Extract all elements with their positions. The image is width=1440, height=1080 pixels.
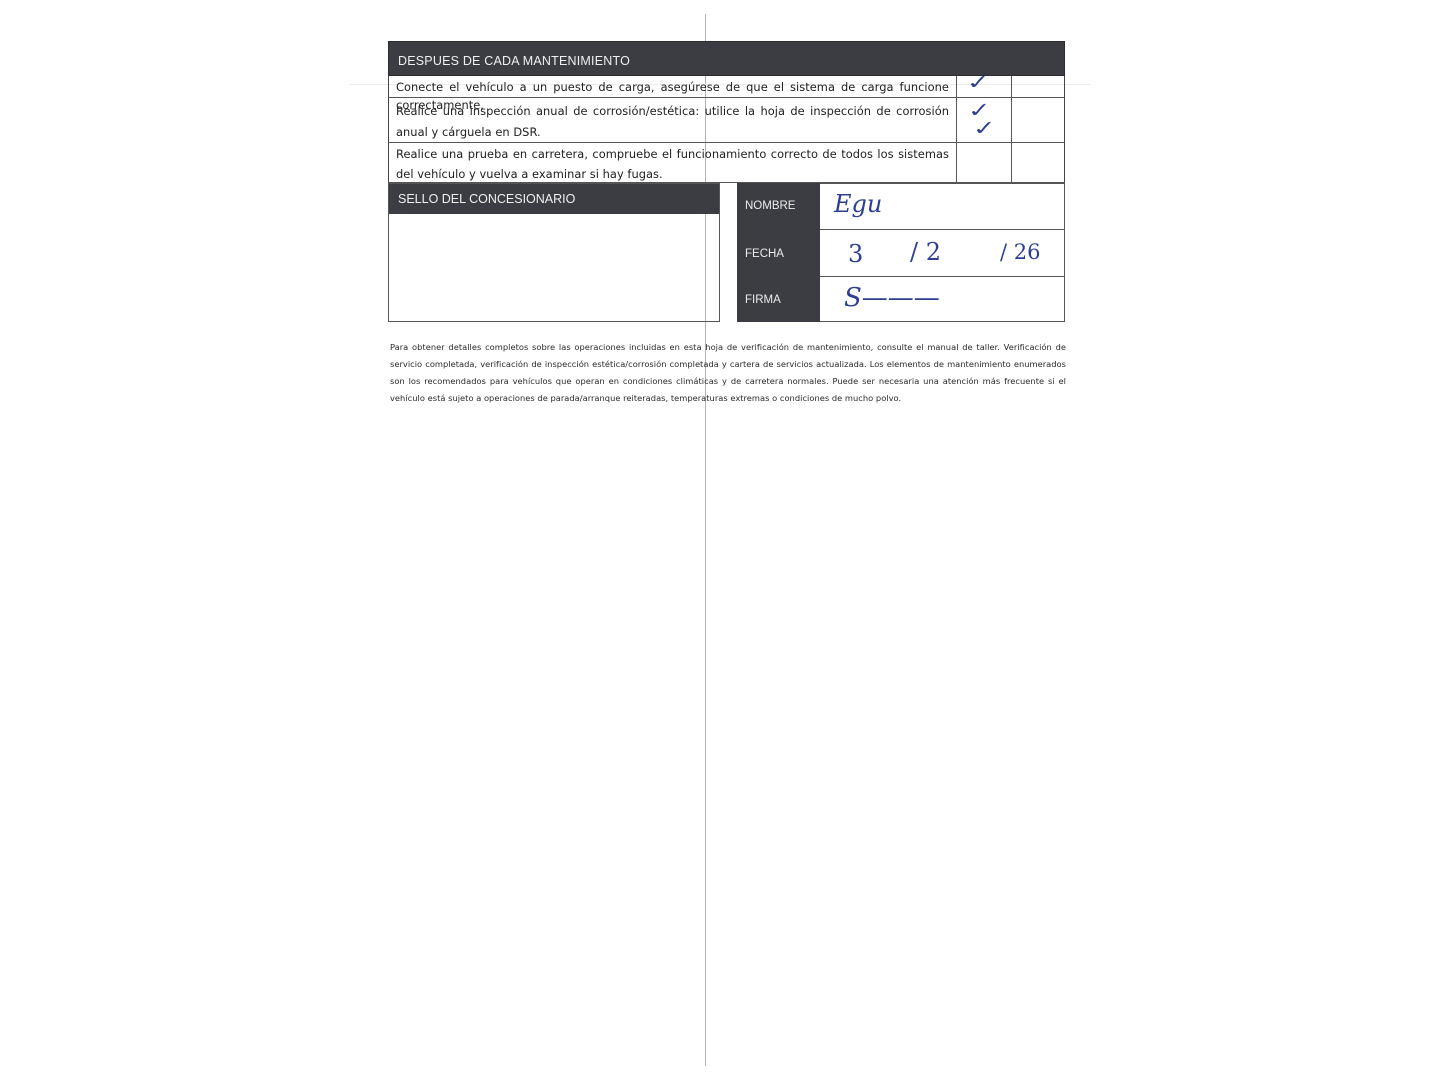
dealer-stamp-box: SELLO DEL CONCESIONARIO (388, 183, 720, 322)
date-label: FECHA (745, 248, 784, 260)
dealer-stamp-header: SELLO DEL CONCESIONARIO (389, 184, 719, 214)
checklist-task: Realice una prueba en carretera, comprue… (389, 143, 957, 182)
check-box-primary[interactable]: ✓ (957, 76, 1012, 97)
check-box-secondary[interactable] (1012, 98, 1064, 142)
signature-label: FIRMA (745, 294, 781, 306)
maintenance-checklist: DESPUES DE CADA MANTENIMIENTO Conecte el… (388, 41, 1065, 183)
checklist-row: Realice una prueba en carretera, comprue… (388, 143, 1065, 183)
checklist-task: Realice una inspección anual de corrosió… (389, 98, 957, 142)
name-field[interactable]: Egu (820, 184, 1064, 230)
date-year: / 26 (1000, 240, 1040, 264)
signature-field[interactable]: S——— (820, 277, 1064, 321)
date-day: 3 (848, 240, 863, 268)
checkmark-icon: ✓ (965, 70, 992, 94)
signature-values: Egu 3 / 2 / 26 S——— (820, 183, 1065, 322)
name-label: NOMBRE (745, 200, 795, 212)
check-box-primary[interactable]: ✓ ✓ (957, 98, 1012, 142)
signature-block: NOMBRE FECHA FIRMA Egu 3 / 2 / 26 S——— (737, 183, 1065, 322)
checklist-task: Conecte el vehículo a un puesto de carga… (389, 76, 957, 97)
check-box-secondary[interactable] (1012, 143, 1064, 182)
check-box-secondary[interactable] (1012, 76, 1064, 97)
checklist-header: DESPUES DE CADA MANTENIMIENTO (388, 41, 1065, 76)
check-box-primary[interactable] (957, 143, 1012, 182)
name-handwriting: Egu (834, 190, 882, 218)
footnote-text: Para obtener detalles completos sobre la… (390, 339, 1066, 407)
signature-labels: NOMBRE FECHA FIRMA (737, 183, 820, 322)
checklist-row: Conecte el vehículo a un puesto de carga… (388, 76, 1065, 98)
date-field[interactable]: 3 / 2 / 26 (820, 230, 1064, 277)
date-month: / 2 (910, 238, 941, 266)
checkmark-icon: ✓ (971, 116, 998, 140)
signature-handwriting: S——— (844, 283, 940, 313)
checklist-row: Realice una inspección anual de corrosió… (388, 98, 1065, 143)
